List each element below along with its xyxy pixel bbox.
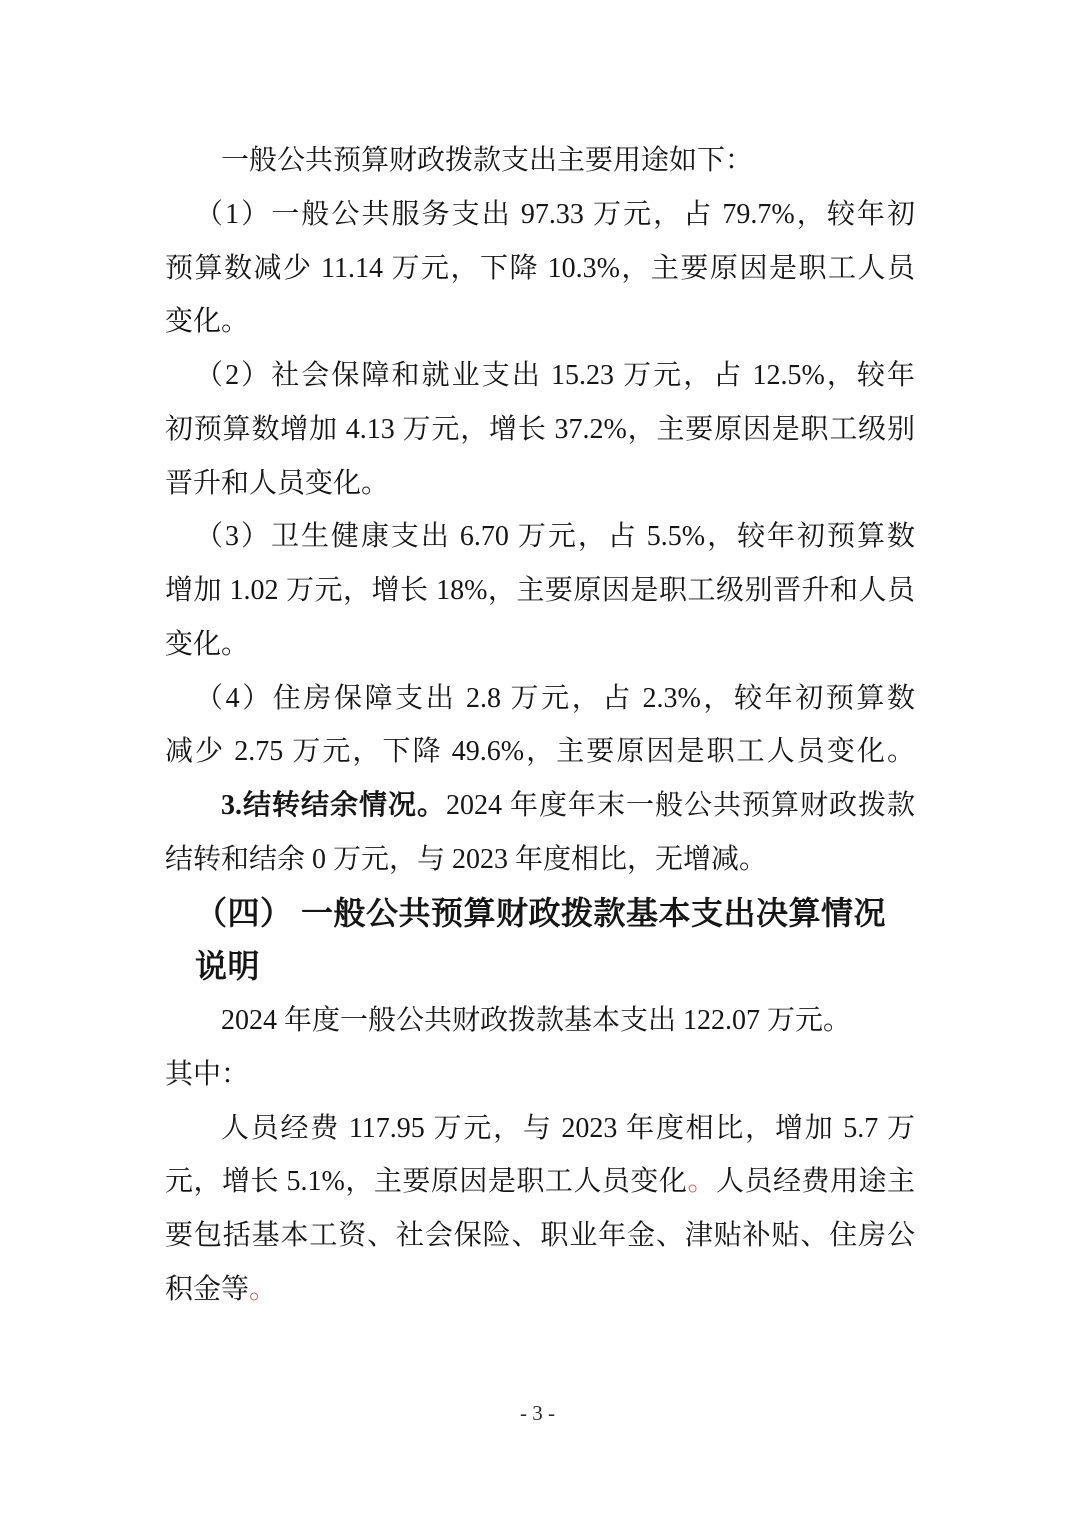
- text-segment: 一般公共预算财政拨款支出主要用途如下：: [221, 145, 753, 176]
- text-line: 结转和结余 0 万元，与 2023 年度相比，无增减。: [165, 833, 915, 887]
- text-line: 人员经费 117.95 万元，与 2023 年度相比，增加 5.7 万: [165, 1102, 915, 1156]
- text-segment: 晋升和人员变化。: [165, 468, 389, 499]
- text-line: （3）卫生健康支出 6.70 万元，占 5.5%，较年初预算数: [165, 510, 915, 564]
- text-line: 减少 2.75 万元，下降 49.6%，主要原因是职工人员变化。: [165, 725, 915, 779]
- text-segment: 2024 年度一般公共财政拨款基本支出 122.07 万元。: [221, 1005, 851, 1036]
- text-line: 变化。: [165, 618, 915, 672]
- text-segment: （1）一般公共服务支出 97.33 万元，占 79.7%，较年初: [195, 199, 915, 230]
- text-segment: （4）住房保障支出 2.8 万元，占 2.3%，较年初预算数: [195, 683, 915, 714]
- text-segment: 要包括基本工资、社会保险、职业年金、津贴补贴、住房公: [165, 1220, 915, 1251]
- text-segment: 增加 1.02 万元，增长 18%，主要原因是职工级别晋升和人员: [165, 575, 915, 606]
- text-line: 要包括基本工资、社会保险、职业年金、津贴补贴、住房公: [165, 1209, 915, 1263]
- document-page: 一般公共预算财政拨款支出主要用途如下：（1）一般公共服务支出 97.33 万元，…: [0, 0, 1075, 1520]
- text-line: 增加 1.02 万元，增长 18%，主要原因是职工级别晋升和人员: [165, 564, 915, 618]
- text-segment: 人员经费 117.95 万元，与 2023 年度相比，增加 5.7 万: [221, 1113, 915, 1144]
- text-segment: 变化。: [165, 629, 249, 660]
- text-line: 变化。: [165, 295, 915, 349]
- text-line: 积金等。: [165, 1263, 915, 1317]
- page-number: - 3 -: [0, 1398, 1075, 1428]
- text-line: （2）社会保障和就业支出 15.23 万元，占 12.5%，较年: [165, 349, 915, 403]
- text-segment: （四） 一般公共预算财政拨款基本支出决算情况说明: [195, 895, 886, 985]
- text-segment: 元，增长 5.1%，主要原因是职工人员变化: [165, 1166, 687, 1197]
- text-segment: 初预算数增加 4.13 万元，增长 37.2%，主要原因是职工级别: [165, 414, 915, 445]
- text-segment: 3.结转结余情况。: [221, 790, 446, 821]
- text-line: （四） 一般公共预算财政拨款基本支出决算情况说明: [165, 887, 915, 995]
- text-line: （4）住房保障支出 2.8 万元，占 2.3%，较年初预算数: [165, 672, 915, 726]
- text-segment: 变化。: [165, 306, 249, 337]
- text-segment: 预算数减少 11.14 万元，下降 10.3%，主要原因是职工人员: [165, 253, 915, 284]
- text-segment: 积金等: [165, 1274, 249, 1305]
- text-line: 晋升和人员变化。: [165, 457, 915, 511]
- text-line: 一般公共预算财政拨款支出主要用途如下：: [165, 134, 915, 188]
- text-segment: 结转和结余 0 万元，与 2023 年度相比，无增减。: [165, 844, 767, 875]
- text-line: 2024 年度一般公共财政拨款基本支出 122.07 万元。: [165, 994, 915, 1048]
- text-segment: 。: [249, 1274, 277, 1305]
- text-segment: （3）卫生健康支出 6.70 万元，占 5.5%，较年初预算数: [195, 521, 915, 552]
- text-line: 预算数减少 11.14 万元，下降 10.3%，主要原因是职工人员: [165, 242, 915, 296]
- text-segment: 其中：: [165, 1059, 249, 1090]
- text-segment: 。: [687, 1166, 716, 1197]
- text-segment: 人员经费用途主: [716, 1166, 915, 1197]
- text-line: 其中：: [165, 1048, 915, 1102]
- text-segment: 2024 年度年末一般公共预算财政拨款: [446, 790, 915, 821]
- text-line: 初预算数增加 4.13 万元，增长 37.2%，主要原因是职工级别: [165, 403, 915, 457]
- text-segment: 减少 2.75 万元，下降 49.6%，主要原因是职工人员变化。: [165, 736, 915, 767]
- text-line: （1）一般公共服务支出 97.33 万元，占 79.7%，较年初: [165, 188, 915, 242]
- text-segment: （2）社会保障和就业支出 15.23 万元，占 12.5%，较年: [195, 360, 915, 391]
- text-line: 3.结转结余情况。2024 年度年末一般公共预算财政拨款: [165, 779, 915, 833]
- text-line: 元，增长 5.1%，主要原因是职工人员变化。人员经费用途主: [165, 1155, 915, 1209]
- document-body: 一般公共预算财政拨款支出主要用途如下：（1）一般公共服务支出 97.33 万元，…: [165, 134, 915, 1317]
